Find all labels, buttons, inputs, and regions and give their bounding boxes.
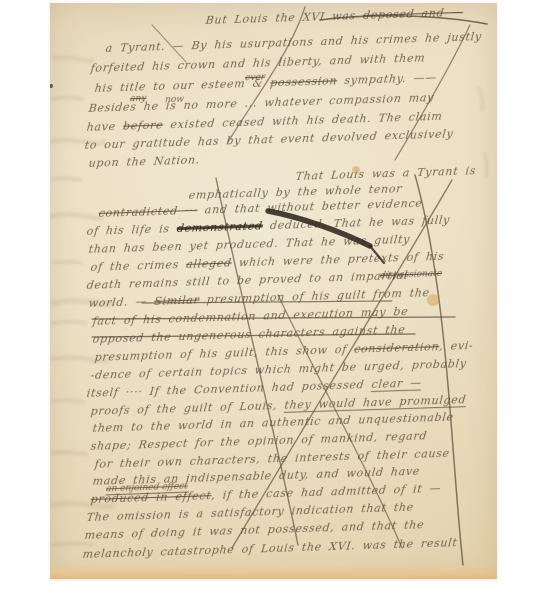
handwriting-text: But Louis the XVI was deposed and —a Tyr…: [50, 3, 497, 579]
handwriting-segment: which were the pretexts of his: [231, 250, 445, 270]
handwriting-segment: But Louis the XVI was: [205, 9, 364, 27]
handwriting-segment: upon the Nation.: [88, 153, 201, 170]
handwriting-segment: , if the case had admitted of it —: [211, 482, 442, 502]
handwriting-segment: have: [86, 120, 124, 134]
handwriting-segment: world. —: [88, 295, 155, 310]
paper-sheet: But Louis the XVI was deposed and —a Tyr…: [50, 3, 497, 579]
interlinear-insert: any: [129, 94, 146, 105]
struck-out-segment: possession: [270, 74, 338, 89]
struck-out-segment: contradicted ···: [98, 204, 198, 220]
handwriting-line: upon the Nation.: [88, 153, 201, 170]
interlinear-insert: ever: [244, 73, 265, 84]
struck-out-segment: before: [122, 119, 164, 133]
handwriting-line: But Louis the XVI was deposed and —: [205, 6, 464, 27]
handwriting-segment: sympathy. ——: [337, 71, 438, 87]
handwriting-segment: presumption of his guilt, this show of: [94, 343, 355, 364]
struck-out-segment: deposed and —: [362, 6, 464, 22]
handwriting-segment: , evi-: [439, 339, 475, 353]
handwriting-segment: of the crimes: [90, 258, 187, 274]
interlinear-insert: dispassionate: [379, 269, 442, 281]
handwriting-segment: That Louis was a Tyrant is: [295, 164, 477, 183]
handwriting-line: forfeited his crown and his liberty, and…: [90, 51, 426, 75]
struck-out-segment: demonstrated: [176, 219, 263, 235]
handwriting-segment: deduced. That he was fully: [262, 214, 451, 233]
handwriting-segment: forfeited his crown and his liberty, and…: [90, 51, 426, 75]
handwriting-line: his title to our esteem & possession sym…: [94, 71, 438, 95]
manuscript-photo: But Louis the XVI was deposed and —a Tyr…: [0, 0, 550, 597]
interlinear-insert: now: [164, 95, 184, 106]
struck-out-segment: clear —: [371, 376, 423, 392]
handwriting-segment: proofs of the guilt of Louis,: [90, 399, 285, 418]
handwriting-segment: presumption of his guilt from the: [199, 286, 431, 306]
struck-out-segment: Similar: [154, 293, 201, 307]
struck-out-segment: alleged: [185, 257, 232, 271]
struck-out-segment: they would have promulged: [284, 393, 467, 413]
handwriting-line: That Louis was a Tyrant is: [295, 164, 477, 183]
handwriting-segment: of his life is: [86, 222, 178, 238]
struck-out-segment: consideration: [353, 340, 440, 356]
paper-bottom-edge: [50, 564, 497, 579]
